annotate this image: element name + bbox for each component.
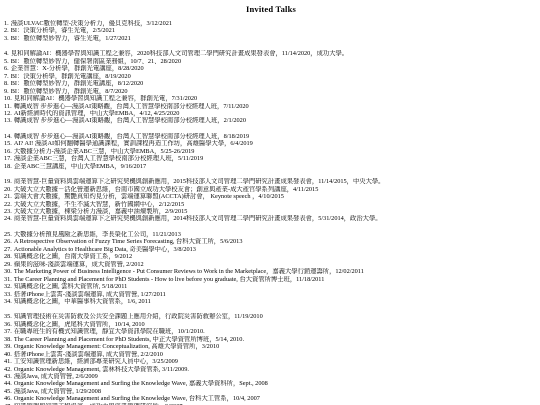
talk-text: 轉識成智 步步進心—漫談AI策略觀，台灣人工智慧學校南部分校經理人班，2/1/2… xyxy=(14,117,246,124)
talk-number: 1. xyxy=(4,20,9,27)
talk-item: 3.BI：數位轉型妙智力，睿生光電，1/27/2021 xyxy=(4,35,538,42)
talk-number: 41. xyxy=(4,358,12,365)
talk-item: 27.Actionable Analytics to Healthcare Bi… xyxy=(4,246,538,253)
talk-item: 33.搭著iPhone上雲霄-淺談雲端運算, 成大資管營, 1/27/2011 xyxy=(4,291,538,298)
talk-item: 25.大數據分析預見風險之新思維，李長榮化工公司，11/21/2013 xyxy=(4,231,538,238)
talk-number: 6. xyxy=(4,65,9,72)
talk-item: 37.在職專班生的有機式知識管理，靜宜大學資訊學院在職班，10/1/2010. xyxy=(4,328,538,335)
talk-group: 14.轉識成智 步步進心—漫談AI策略觀，台灣人工智慧學校南部分校經理人班，8/… xyxy=(4,133,538,170)
talk-item: 16.大數據分析力-漫談企業ABC三慧，中山大學EMBA，5/25-26/201… xyxy=(4,148,538,155)
talk-item: 36.知識概念化之圖，虎尾科大資管所，10/14, 2010 xyxy=(4,321,538,328)
talk-text: BI：決策分析學，睿生光電，2/5/2021 xyxy=(11,27,115,34)
talk-item: 14.轉識成智 步步進心—漫談AI策略觀，台灣人工智慧學校南部分校經理人班，8/… xyxy=(4,133,538,140)
page-title: Invited Talks xyxy=(4,4,538,14)
talk-text: 知識概念化之圖，中華醫事科大資管系，1/6, 2011 xyxy=(14,298,151,305)
talk-group: 4.見和同解論AI：機器學習與知識工程之兼容，2020科技部人文司管理二學門研究… xyxy=(4,50,538,125)
talk-text: 漫談企業ABC三慧，台灣人工智慧學校南部分校經理人班，5/11/2019 xyxy=(14,155,203,162)
talk-number: 29. xyxy=(4,261,12,268)
talk-item: 38.The Career Planning and Placement for… xyxy=(4,336,538,343)
talk-text: Organic Knowledge Management and Surfing… xyxy=(14,380,268,387)
talk-item: 15.AI? AI! 漫談AI如何翻轉醫學通識課程，實訓課程再造工作坊，高雄醫學… xyxy=(4,140,538,147)
talk-number: 43. xyxy=(4,373,12,380)
talk-text: BI：決策分析學，群創光電講座，8/19/2020 xyxy=(11,73,131,80)
talk-item: 29.蘋果的滋味-淺談雲端運算，成大資管營, 2/2012 xyxy=(4,261,538,268)
talk-item: 19.商業智慧-巨量資料與雲端運算下之研究契機與創新應用，2015科技部人文司管… xyxy=(4,178,538,185)
talk-text: 大破大立大數據－活化營運新思維，台南市國立成功大學校友會；創意與產業-成大產官學… xyxy=(14,186,318,193)
talk-text: 商業智慧-巨量資料與雲端運算下之研究契機與創新應用，2014科技部人文司管理二學… xyxy=(14,215,382,222)
talk-text: 知識概念化之圖, 雲科大資管所, 5/18/2011 xyxy=(14,283,127,290)
talk-text: 大破大立大數據，棟梁分析力漫談，嘉義中油煉製所，2/9/2015 xyxy=(14,208,188,215)
talk-item: 40.搭著iPhone上雲霄-淺談雲端運算, 成大資管營, 2/2/2010 xyxy=(4,351,538,358)
talk-item: 28.知識概念化之圖，台南大學資工系，9/2012 xyxy=(4,253,538,260)
talk-number: 14. xyxy=(4,133,12,140)
talk-number: 37. xyxy=(4,328,12,335)
talk-item: 9.BI：數位轉型妙智力，群創光電，8/7/2020 xyxy=(4,88,538,95)
talk-number: 39. xyxy=(4,343,12,350)
talk-text: 蘋果的滋味-淺談雲端運算，成大資管營, 2/2012 xyxy=(14,261,144,268)
talk-number: 18. xyxy=(4,163,12,170)
talk-number: 2. xyxy=(4,27,9,34)
talk-item: 6.企業智慧：X-分析學，群創光電講座，8/28/2020 xyxy=(4,65,538,72)
talk-number: 30. xyxy=(4,268,12,275)
talk-item: 17.漫談企業ABC三慧，台灣人工智慧學校南部分校經理人班，5/11/2019 xyxy=(4,155,538,162)
talk-number: 10. xyxy=(4,95,12,102)
talk-text: 轉識成智 步步進心—漫談AI策略觀，台灣人工智慧學校南部分校經理人班，8/18/… xyxy=(14,133,249,140)
document-page: Invited Talks 1.漫談ULVAC數位轉型-決策分析力，優貝克科技，… xyxy=(0,0,540,405)
talk-number: 13. xyxy=(4,117,12,124)
talk-text: The Career Planning and Placement for Ph… xyxy=(14,336,244,343)
talk-item: 4.見和同解論AI：機器學習與知識工程之兼容，2020科技部人文司管理二學門研究… xyxy=(4,50,538,57)
talk-item: 2.BI：決策分析學，睿生光電，2/5/2021 xyxy=(4,27,538,34)
talk-item: 30.The Marketing Power of Business Intel… xyxy=(4,268,538,275)
talk-text: BI：數位轉型妙智力，群創光電，8/7/2020 xyxy=(11,88,128,95)
talk-number: 44. xyxy=(4,380,12,387)
talk-item: 18.企業ABC三慧講座，中山大學EMBA，9/16/2017 xyxy=(4,163,538,170)
talk-number: 40. xyxy=(4,351,12,358)
talk-item: 26.A Retrospective Observation of Fuzzy … xyxy=(4,238,538,245)
talk-text: The Career Planning and Placement for Ph… xyxy=(14,276,324,283)
talk-number: 12. xyxy=(4,110,12,117)
talk-number: 31. xyxy=(4,276,12,283)
talk-group: 25.大數據分析預見風險之新思維，李長榮化工公司，11/21/201326.A … xyxy=(4,231,538,306)
talk-number: 26. xyxy=(4,238,12,245)
talk-text: Organic Knowledge Management and Surfing… xyxy=(14,395,260,402)
talk-text: 漫談Java, 成大資管營, 1/29/2008 xyxy=(14,388,101,395)
talk-text: 搭著iPhone上雲霄-淺談雲端運算, 成大資管營, 1/27/2011 xyxy=(14,291,166,298)
talk-number: 45. xyxy=(4,388,12,395)
talk-number: 32. xyxy=(4,283,12,290)
talk-item: 32.知識概念化之圖, 雲科大資管所, 5/18/2011 xyxy=(4,283,538,290)
talk-item: 7.BI：決策分析學，群創光電講座，8/19/2020 xyxy=(4,73,538,80)
talk-text: 漫談Java, 成大資管營, 2/6/2009 xyxy=(14,373,98,380)
talk-number: 16. xyxy=(4,148,12,155)
talk-text: 搭著iPhone上雲霄-淺談雲端運算, 成大資管營, 2/2/2010 xyxy=(14,351,163,358)
talk-text: BI：數位轉型妙智力，群創光電講座，8/12/2020 xyxy=(11,80,144,87)
talk-text: A Retrospective Observation of Fuzzy Tim… xyxy=(14,238,243,245)
talk-item: 1.漫談ULVAC數位轉型-決策分析力，優貝克科技，3/12/2021 xyxy=(4,20,538,27)
talk-text: 見和同解論AI：機器學習與知識工程之兼容，群創光電，7/31/2020 xyxy=(14,95,197,102)
talk-text: AI? AI! 漫談AI如何翻轉醫學通識課程，實訓課程再造工作坊，高雄醫學大學，… xyxy=(14,140,253,147)
talk-item: 24.商業智慧-巨量資料與雲端運算下之研究契機與創新應用，2014科技部人文司管… xyxy=(4,215,538,222)
talk-text: Organic Knowledge Management: Conceptual… xyxy=(14,343,219,350)
talk-number: 11. xyxy=(4,103,12,110)
talk-number: 19. xyxy=(4,178,12,185)
talk-number: 46. xyxy=(4,395,12,402)
talk-item: 20.大破大立大數據－活化營運新思維，台南市國立成功大學校友會；創意與產業-成大… xyxy=(4,186,538,193)
talk-text: The Marketing Power of Business Intellig… xyxy=(14,268,364,275)
talk-item: 21.雲端大會大數據，驚艷真知灼見分析，雲端運算聯盟(ACCTA)研討會， Ke… xyxy=(4,193,538,200)
talks-list: 1.漫談ULVAC數位轉型-決策分析力，優貝克科技，3/12/20212.BI：… xyxy=(4,20,538,405)
talk-number: 21. xyxy=(4,193,12,200)
talk-text: 企業智慧：X-分析學，群創光電講座，8/28/2020 xyxy=(11,65,144,72)
talk-item: 23.大破大立大數據，棟梁分析力漫談，嘉義中油煉製所，2/9/2015 xyxy=(4,208,538,215)
talk-number: 42. xyxy=(4,366,12,373)
talk-number: 33. xyxy=(4,291,12,298)
talk-text: Organic Knowledge Management, 雲林科技大學資管系,… xyxy=(14,366,189,373)
talk-number: 35. xyxy=(4,313,12,320)
talk-number: 38. xyxy=(4,336,12,343)
talk-text: Actionable Analytics to Healthcare Big D… xyxy=(14,246,196,253)
talk-number: 7. xyxy=(4,73,9,80)
talk-text: 轉識成智 步步進心—漫談AI策略觀，台灣人工智慧學校南部分校經理人班，7/11/… xyxy=(14,103,249,110)
talk-item: 8.BI：數位轉型妙智力，群創光電講座，8/12/2020 xyxy=(4,80,538,87)
talk-item: 22.大破大立大數據，不生不滅大智慧，新竹國網中心，2/12/2015 xyxy=(4,201,538,208)
talk-group: 35.知識管理技術在災害防救及公共安全課題上應用介紹，行政院災害防救辦公室，11… xyxy=(4,313,538,405)
talk-number: 24. xyxy=(4,215,12,222)
talk-item: 12.AI新經濟時代的資訊管理，中山大學EMBA，4/12, 4/25/2020 xyxy=(4,110,538,117)
talk-number: 4. xyxy=(4,50,9,57)
talk-item: 41.工安知識管理新思維，經濟部專業研究人員中心，3/25/2009 xyxy=(4,358,538,365)
talk-text: 見和同解論AI：機器學習與知識工程之兼容，2020科技部人文司管理二學門研究計畫… xyxy=(11,50,348,57)
talk-item: 43.漫談Java, 成大資管營, 2/6/2009 xyxy=(4,373,538,380)
talk-item: 5.BI：數位轉型妙智力，健保署南區業務組，10/7、21、28/2020 xyxy=(4,58,538,65)
talk-number: 27. xyxy=(4,246,12,253)
talk-text: AI新經濟時代的資訊管理，中山大學EMBA，4/12, 4/25/2020 xyxy=(14,110,179,117)
talk-text: 工安知識管理新思維，經濟部專業研究人員中心，3/25/2009 xyxy=(14,358,178,365)
talk-item: 42.Organic Knowledge Management, 雲林科技大學資… xyxy=(4,366,538,373)
talk-item: 45.漫談Java, 成大資管營, 1/29/2008 xyxy=(4,388,538,395)
talk-item: 13.轉識成智 步步進心—漫談AI策略觀，台灣人工智慧學校南部分校經理人班，2/… xyxy=(4,117,538,124)
talk-number: 20. xyxy=(4,186,12,193)
talk-number: 22. xyxy=(4,201,12,208)
talk-item: 46.Organic Knowledge Management and Surf… xyxy=(4,395,538,402)
talk-text: 大數據分析預見風險之新思維，李長榮化工公司，11/21/2013 xyxy=(14,231,181,238)
talk-text: 知識概念化之圖，虎尾科大資管所，10/14, 2010 xyxy=(14,321,145,328)
talk-number: 36. xyxy=(4,321,12,328)
talk-text: 大破大立大數據，不生不滅大智慧，新竹國網中心，2/12/2015 xyxy=(14,201,184,208)
talk-text: 商業智慧-巨量資料與雲端運算下之研究契機與創新應用，2015科技部人文司管理二學… xyxy=(14,178,385,185)
talk-item: 31.The Career Planning and Placement for… xyxy=(4,276,538,283)
talk-text: BI：數位轉型妙智力，健保署南區業務組，10/7、21、28/2020 xyxy=(11,58,181,65)
talk-number: 8. xyxy=(4,80,9,87)
talk-item: 39.Organic Knowledge Management: Concept… xyxy=(4,343,538,350)
talk-text: 雲端大會大數據，驚艷真知灼見分析，雲端運算聯盟(ACCTA)研討會， Keyno… xyxy=(14,193,284,200)
talk-item: 44.Organic Knowledge Management and Surf… xyxy=(4,380,538,387)
talk-item: 35.知識管理技術在災害防救及公共安全課題上應用介紹，行政院災害防救辦公室，11… xyxy=(4,313,538,320)
talk-text: 大數據分析力-漫談企業ABC三慧，中山大學EMBA，5/25-26/2019 xyxy=(14,148,195,155)
talk-group: 19.商業智慧-巨量資料與雲端運算下之研究契機與創新應用，2015科技部人文司管… xyxy=(4,178,538,223)
talk-number: 34. xyxy=(4,298,12,305)
talk-item: 34.知識概念化之圖，中華醫事科大資管系，1/6, 2011 xyxy=(4,298,538,305)
talk-text: BI：數位轉型妙智力，睿生光電，1/27/2021 xyxy=(11,35,131,42)
talk-number: 5. xyxy=(4,58,9,65)
talk-number: 25. xyxy=(4,231,12,238)
talk-text: 知識管理技術在災害防救及公共安全課題上應用介紹，行政院災害防救辦公室，11/19… xyxy=(14,313,263,320)
talk-group: 1.漫談ULVAC數位轉型-決策分析力，優貝克科技，3/12/20212.BI：… xyxy=(4,20,538,42)
talk-number: 23. xyxy=(4,208,12,215)
talk-item: 10.見和同解論AI：機器學習與知識工程之兼容，群創光電，7/31/2020 xyxy=(4,95,538,102)
talk-number: 15. xyxy=(4,140,12,147)
talk-number: 17. xyxy=(4,155,12,162)
talk-text: 在職專班生的有機式知識管理，靜宜大學資訊學院在職班，10/1/2010. xyxy=(14,328,205,335)
talk-number: 28. xyxy=(4,253,12,260)
talk-number: 9. xyxy=(4,88,9,95)
talk-text: 企業ABC三慧講座，中山大學EMBA，9/16/2017 xyxy=(14,163,146,170)
talk-text: 知識概念化之圖，台南大學資工系，9/2012 xyxy=(14,253,132,260)
talk-text: 漫談ULVAC數位轉型-決策分析力，優貝克科技，3/12/2021 xyxy=(11,20,172,27)
talk-item: 11.轉識成智 步步進心—漫談AI策略觀，台灣人工智慧學校南部分校經理人班，7/… xyxy=(4,103,538,110)
talk-number: 3. xyxy=(4,35,9,42)
